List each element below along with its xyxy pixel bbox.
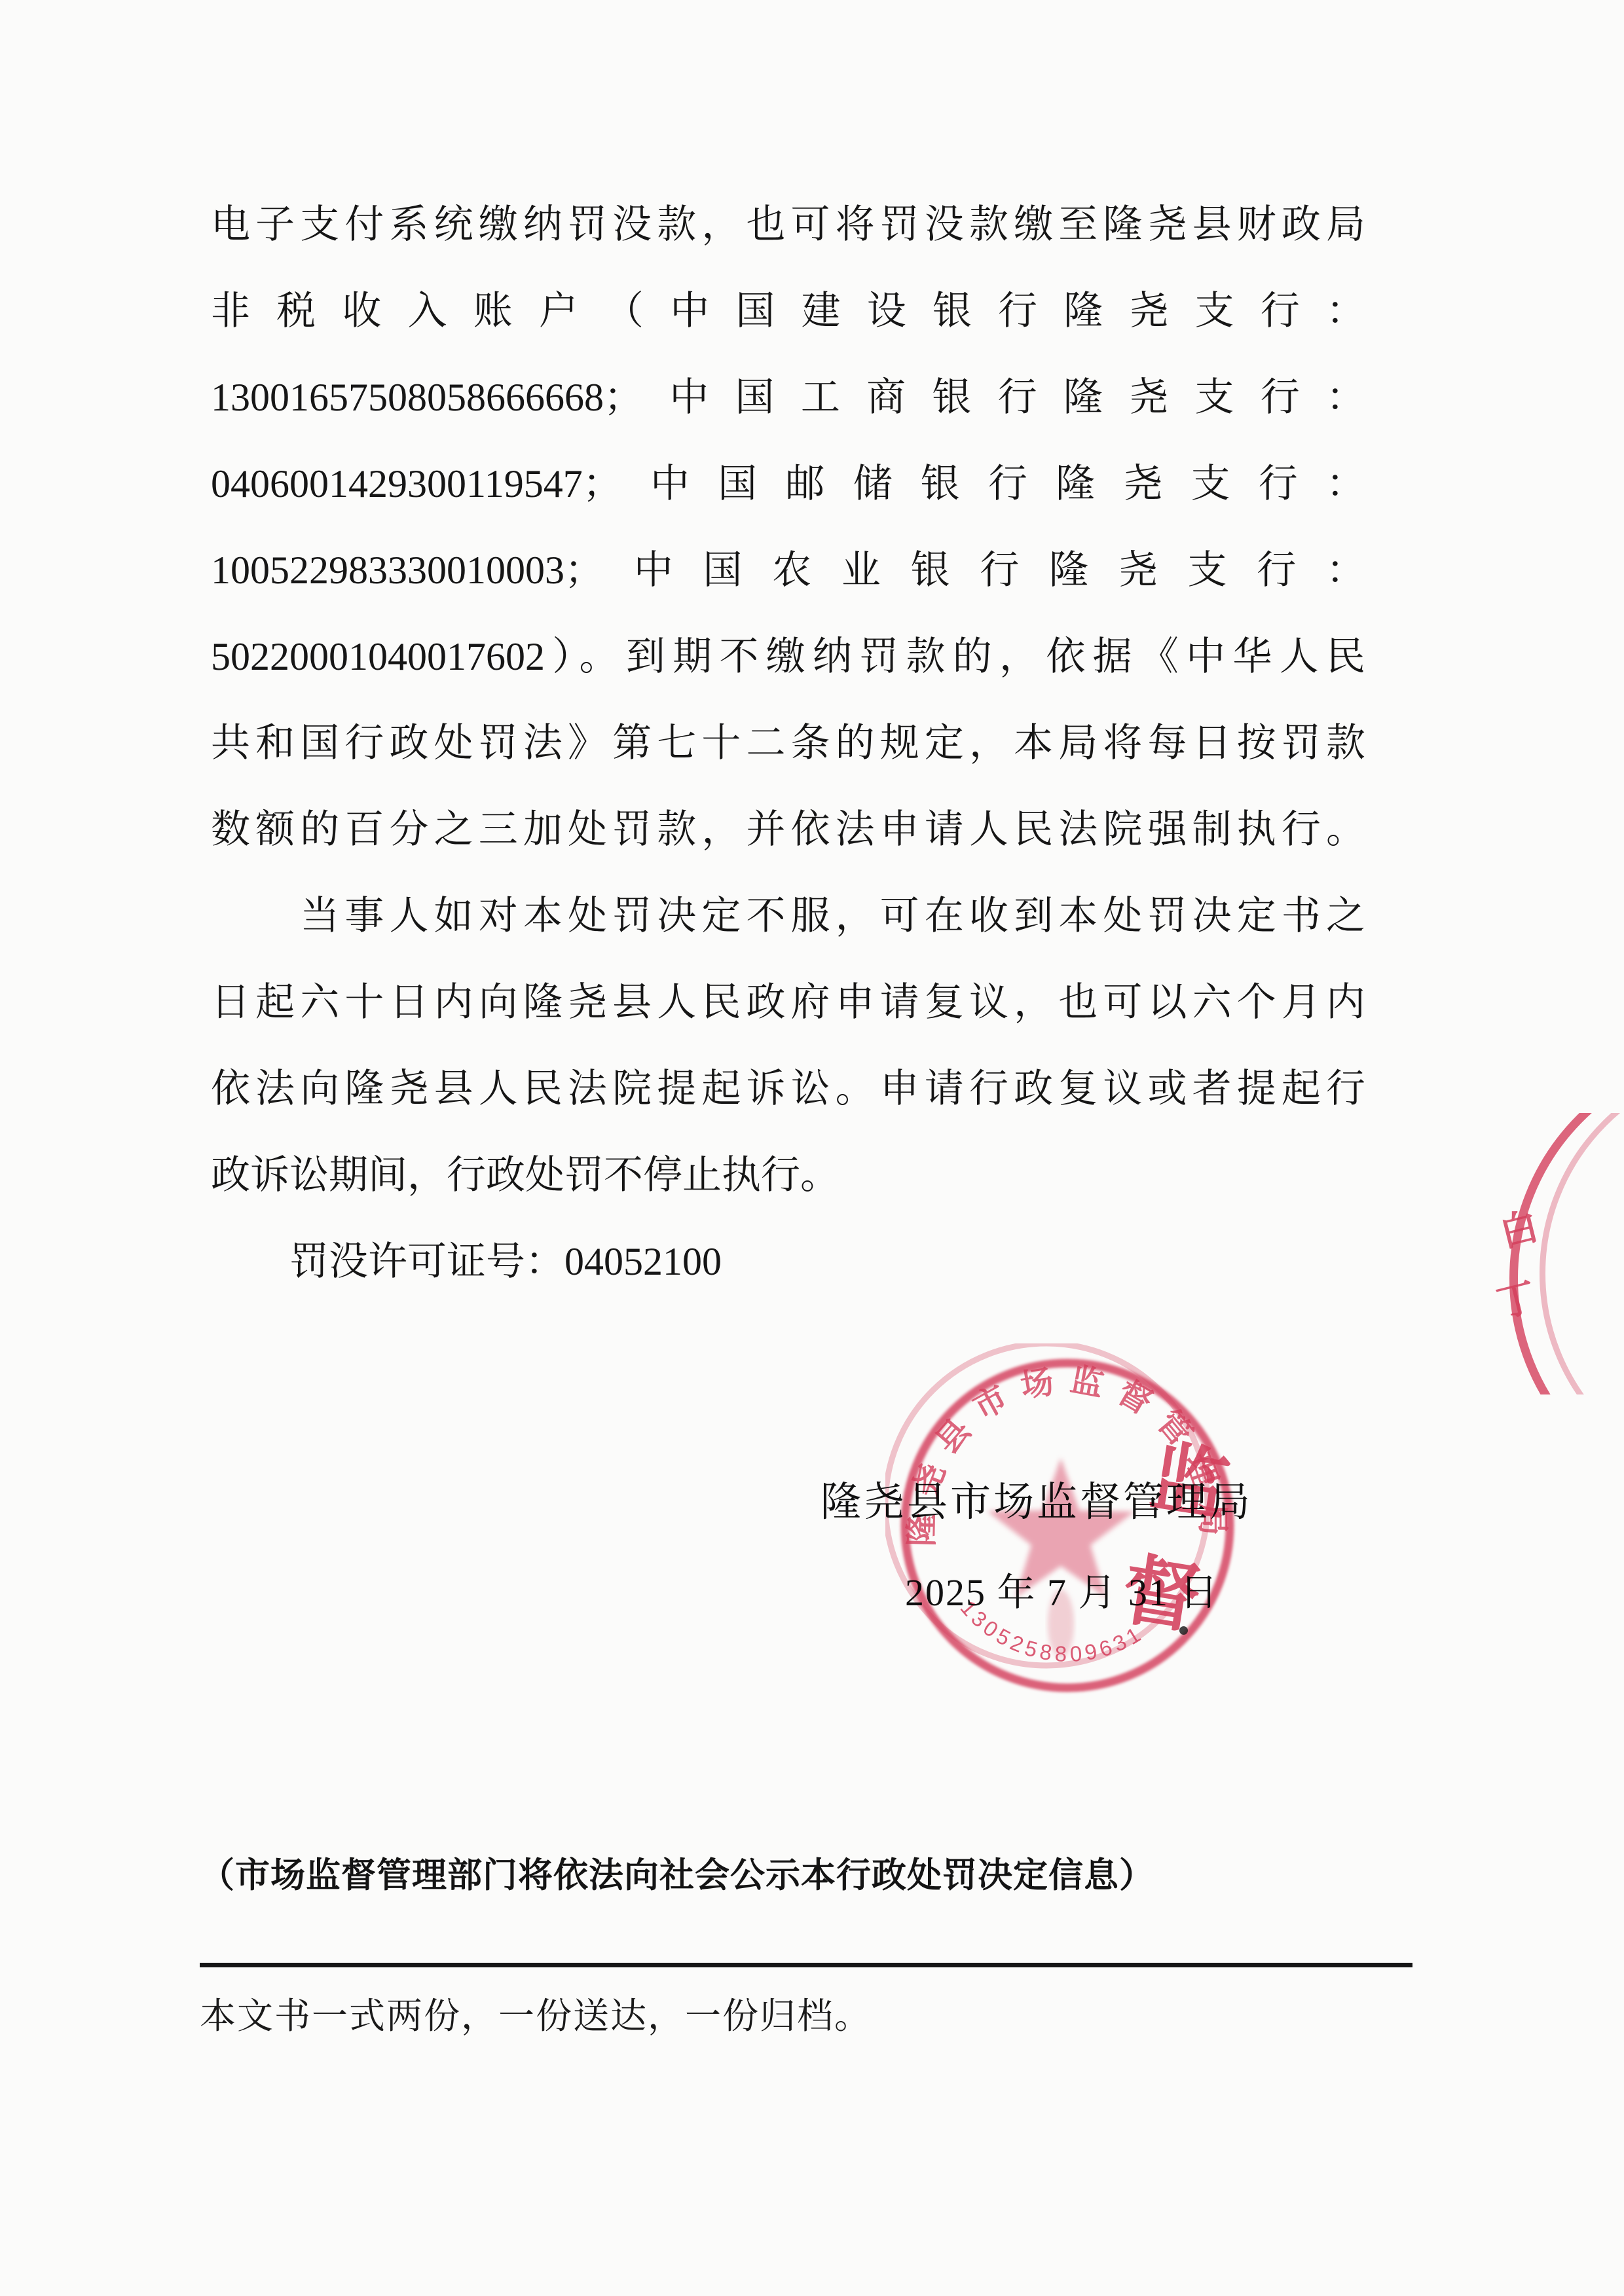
- body-line-account-number: 50220001040017602）。到期不缴纳罚款的，依据《中华人民: [211, 613, 1365, 700]
- body-line: 数额的百分之三加处罚款，并依法申请人民法院强制执行。: [211, 786, 1365, 873]
- body-line-account-number: 0406001429300119547；中国邮储银行隆尧支行：: [211, 441, 1365, 527]
- ink-speck: [1179, 1626, 1188, 1635]
- copies-note: 本文书一式两份，一份送达，一份归档。: [200, 1998, 872, 2034]
- official-seal: 隆尧县市场监督管理局 1305258809631 监 督: [885, 1343, 1252, 1710]
- body-line: 非税收入账户（中国建设银行隆尧支行：: [211, 268, 1365, 354]
- divider-line: [200, 1963, 1412, 1967]
- body-text: 电子支付系统缴纳罚没款，也可将罚没款缴至隆尧县财政局 非税收入账户（中国建设银行…: [211, 181, 1365, 1305]
- edge-stamp-ring: [1509, 1113, 1624, 1394]
- body-line-appeal: 依法向隆尧县人民法院提起诉讼。申请行政复议或者提起行: [211, 1046, 1365, 1132]
- penalty-decision-page: 电子支付系统缴纳罚没款，也可将罚没款缴至隆尧县财政局 非税收入账户（中国建设银行…: [0, 0, 1624, 2296]
- seal-overlay-char: 督: [1116, 1551, 1205, 1639]
- body-line-account-number: 100522983330010003；中国农业银行隆尧支行：: [211, 527, 1365, 613]
- body-line-appeal: 日起六十日内向隆尧县人民政府申请复议，也可以六个月内: [211, 959, 1365, 1046]
- seal-overlay-char: 监: [1145, 1438, 1234, 1527]
- body-line-appeal: 政诉讼期间，行政处罚不停止执行。: [211, 1132, 1365, 1218]
- body-line: 电子支付系统缴纳罚没款，也可将罚没款缴至隆尧县财政局: [211, 181, 1365, 268]
- license-number-line: 罚没许可证号：04052100: [211, 1218, 1365, 1305]
- body-line-account-number: 13001657508058666668；中国工商银行隆尧支行：: [211, 354, 1365, 441]
- partial-edge-stamp: 白 丁: [1483, 1113, 1624, 1394]
- body-line: 共和国行政处罚法》第七十二条的规定，本局将每日按罚款: [211, 700, 1365, 786]
- body-line-appeal: 当事人如对本处罚决定不服，可在收到本处罚决定书之: [211, 873, 1365, 959]
- publicity-note: （市场监督管理部门将依法向社会公示本行政处罚决定信息）: [200, 1855, 1154, 1897]
- seal-star-icon: [987, 1458, 1134, 1597]
